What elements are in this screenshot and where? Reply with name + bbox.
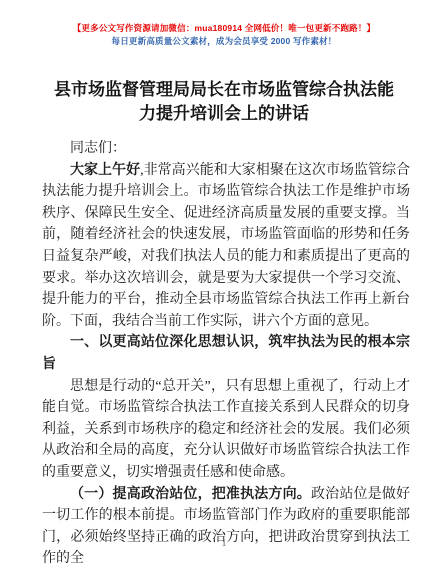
text-run: 同志们： bbox=[70, 141, 126, 156]
title-line-2: 力提升培训会上的讲话 bbox=[30, 102, 418, 126]
document-body: 同志们：大家上午好,非常高兴能和大家相聚在这次市场监管综合执法能力提升培训会上。… bbox=[42, 138, 410, 570]
document-page: 【更多公文写作资源请加微信：mua180914 全网低价！唯一包更新不跑路！】 … bbox=[0, 0, 448, 580]
text-run: 思想是行动的“总开关”，只有思想上重视了，行动上才能自觉。市场监管综合执法工作直… bbox=[42, 379, 410, 480]
promo-header: 【更多公文写作资源请加微信：mua180914 全网低价！唯一包更新不跑路！】 … bbox=[0, 22, 448, 48]
paragraph: 一、以更高站位深化思想认识，筑牢执法为民的根本宗旨 bbox=[42, 332, 410, 375]
promo-line-2: 每日更新高质量公文素材，成为会员享受 2000 写作素材！ bbox=[0, 35, 448, 48]
text-run: ,非常高兴能和大家相聚在这次市场监管综合执法能力提升培训会上。市场监管综合执法工… bbox=[42, 163, 410, 329]
page-number: 1 bbox=[0, 538, 448, 549]
text-run: 一、以更高站位深化思想认识，筑牢执法为民的根本宗旨 bbox=[42, 335, 410, 372]
paragraph: （一）提高政治站位，把准执法方向。政治站位是做好一切工作的根本前提。市场监管部门… bbox=[42, 484, 410, 570]
title-line-1: 县市场监督管理局局长在市场监管综合执法能 bbox=[30, 78, 418, 102]
paragraph: 思想是行动的“总开关”，只有思想上重视了，行动上才能自觉。市场监管综合执法工作直… bbox=[42, 376, 410, 484]
text-run: （一）提高政治站位，把准执法方向。 bbox=[70, 487, 311, 502]
text-run: 大家上午好 bbox=[70, 163, 140, 178]
paragraph: 大家上午好,非常高兴能和大家相聚在这次市场监管综合执法能力提升培训会上。市场监管… bbox=[42, 160, 410, 333]
document-title: 县市场监督管理局局长在市场监管综合执法能 力提升培训会上的讲话 bbox=[30, 78, 418, 126]
paragraph: 同志们： bbox=[42, 138, 410, 160]
promo-line-1: 【更多公文写作资源请加微信：mua180914 全网低价！唯一包更新不跑路！】 bbox=[0, 22, 448, 35]
